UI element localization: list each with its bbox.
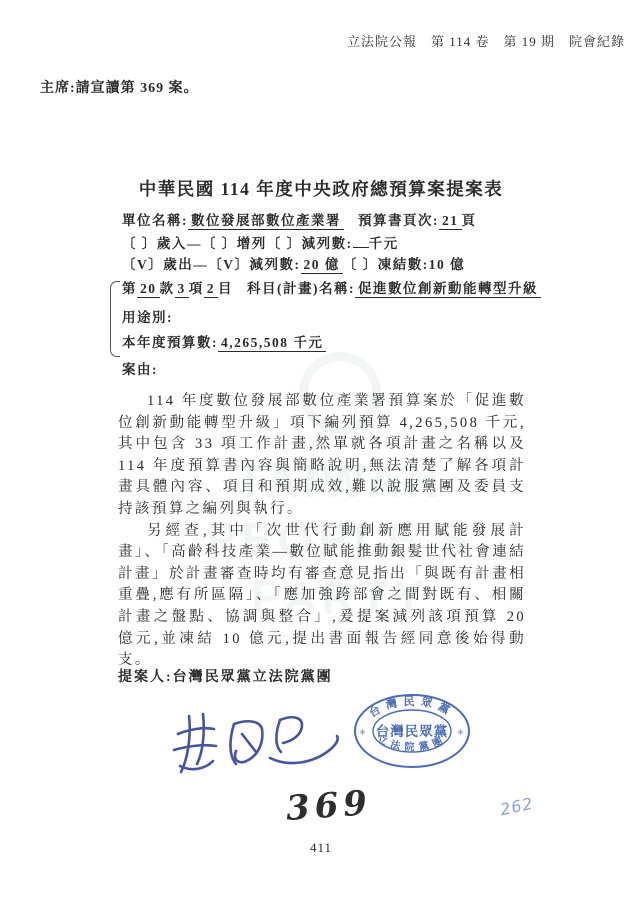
seal-rosette-right-icon: ✳ — [457, 728, 464, 737]
unit-name-row: 單位名稱:數位發展部數位產業署預算書頁次:21頁 — [122, 209, 532, 229]
form-title: 中華民國 114 年度中央政府總預算案提案表 — [118, 176, 524, 201]
reason-body: 114 年度數位發展部數位產業署預算案於「促進數位創新動能轉型升級」項下編列預算… — [118, 391, 526, 672]
freeze-label: 〔 〕凍結數: — [343, 257, 429, 272]
annual-budget-row: 本年度預算數:4,265,508 千元 — [122, 331, 532, 351]
subject-unit1: 款 — [160, 281, 175, 296]
revenue-unit: 千元 — [369, 236, 399, 251]
seal-ring-top-text: 台灣民眾黨 — [366, 694, 457, 720]
usage-label: 用途別: — [122, 310, 173, 325]
unit-name-label: 單位名稱: — [122, 213, 188, 228]
subject-value: 促進數位創新動能轉型升級 — [355, 281, 541, 298]
grouping-bracket — [110, 281, 120, 357]
revenue-checkboxes: 〔 〕歲入—〔 〕增列〔 〕減列數: — [122, 236, 353, 251]
handwritten-case-number: 369 — [285, 783, 374, 829]
subject-unit2: 項 — [189, 281, 204, 296]
svg-text:台灣民眾黨: 台灣民眾黨 — [366, 694, 457, 720]
budget-pages-suffix: 頁 — [462, 213, 477, 228]
budget-pages-label: 預算書頁次: — [358, 213, 439, 228]
handwritten-corner-note: 262 — [498, 794, 535, 820]
seal-center-text: 台灣民眾黨 — [376, 723, 449, 739]
revenue-row: 〔 〕歲入—〔 〕增列〔 〕減列數:千元 — [122, 232, 532, 252]
party-seal: 台灣民眾黨 立法院黨團 台灣民眾黨 ✳ ✳ — [351, 691, 473, 771]
subject-no3: 2 — [204, 281, 218, 298]
page-number: 411 — [118, 840, 524, 856]
reason-label: 案由: — [122, 362, 158, 377]
subject-row: 第20款3項2目科目(計畫)名稱:促進數位創新動能轉型升級 — [122, 277, 532, 297]
subject-no1: 20 — [137, 281, 160, 298]
chair-statement: 主席:請宣讀第 369 案。 — [40, 77, 199, 97]
reason-label-row: 案由: — [122, 358, 532, 378]
subject-no2: 3 — [175, 281, 189, 298]
annual-budget-value: 4,265,508 千元 — [218, 335, 326, 352]
expenditure-cut-value: 20 億 — [301, 257, 343, 274]
seal-rosette-left-icon: ✳ — [359, 728, 366, 737]
gazette-header: 立法院公報 第 114 卷 第 19 期 院會紀錄 — [347, 31, 625, 50]
expenditure-row: 〔V〕歲出—〔V〕減列數:20 億〔 〕凍結數:10 億 — [122, 253, 532, 273]
annual-budget-label: 本年度預算數: — [122, 335, 218, 350]
expenditure-checkboxes: 〔V〕歲出—〔V〕減列數: — [122, 257, 301, 272]
subject-label: 科目(計畫)名稱: — [247, 281, 355, 296]
budget-pages-value: 21 — [439, 213, 462, 230]
gazette-page: TAIWAN PEOPLE'S PARTY 立法院公報 第 114 卷 第 19… — [0, 0, 635, 897]
proposer-line: 提案人:台灣民眾黨立法院黨團 — [118, 666, 333, 686]
blank-amount-line — [353, 235, 369, 248]
usage-row: 用途別: — [122, 306, 532, 326]
reason-paragraph-1: 114 年度數位發展部數位產業署預算案於「促進數位創新動能轉型升級」項下編列預算… — [118, 391, 526, 521]
unit-name-value: 數位發展部數位產業署 — [188, 213, 344, 230]
freeze-value: 10 億 — [429, 257, 465, 272]
subject-prefix: 第 — [122, 281, 137, 296]
reason-paragraph-2: 另經查,其中「次世代行動創新應用賦能發展計畫」、「高齡科技產業—數位賦能推動銀髮… — [118, 521, 526, 672]
subject-unit3: 目 — [218, 281, 233, 296]
party-seal-icon: 台灣民眾黨 立法院黨團 台灣民眾黨 ✳ ✳ — [351, 691, 473, 771]
